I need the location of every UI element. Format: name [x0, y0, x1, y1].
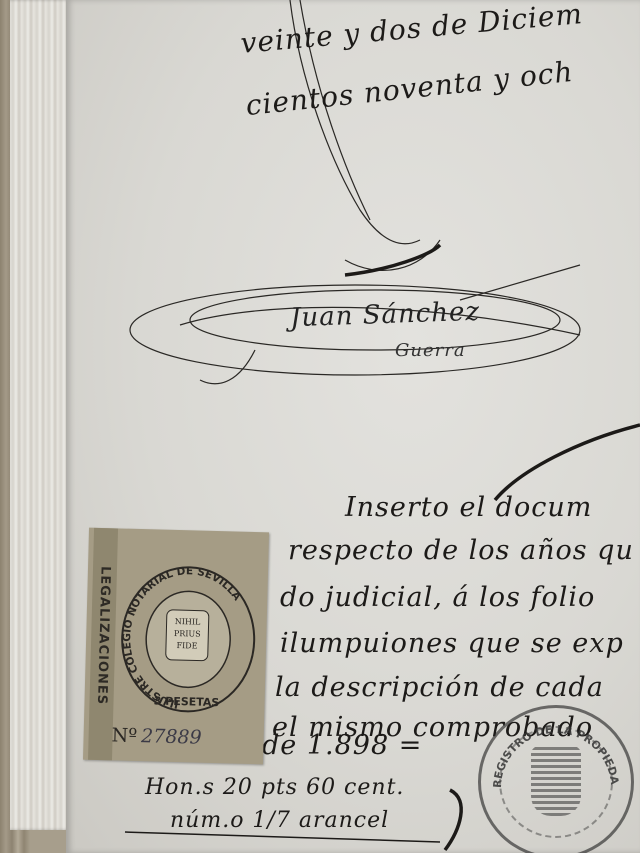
svg-text:FIDE: FIDE: [176, 641, 197, 651]
handwriting-line: ilumpuiones que se exp: [280, 628, 624, 659]
handwriting-line: respecto de los años qu: [288, 535, 634, 566]
registry-seal: REGISTRO DE LA PROPIEDAD: [478, 705, 634, 853]
notarial-stamp: LEGALIZACIONES NIHIL PRIUS FIDE ILUSTRE …: [83, 528, 269, 765]
fee-line: Hon.s 20 pts 60 cent.: [145, 775, 404, 800]
handwriting-date: de 1.898 =: [262, 730, 422, 761]
handwriting-line: do judicial, á los folio: [280, 582, 595, 613]
svg-text:NIHIL: NIHIL: [175, 617, 202, 627]
photo-background: veinte y dos de Diciem cientos noventa y…: [0, 0, 640, 853]
signature-subtitle: Guerra: [395, 340, 466, 361]
seal-crest: [531, 746, 581, 816]
svg-text:3 PESETAS: 3 PESETAS: [154, 694, 220, 709]
stamp-emblem: NIHIL PRIUS FIDE ILUSTRE COLEGIO NOTARIA…: [116, 561, 260, 719]
handwriting-line: Inserto el docum: [345, 492, 592, 523]
fee-line: núm.o 1/7 arancel: [170, 808, 389, 833]
svg-text:PRIUS: PRIUS: [174, 629, 201, 639]
stamp-serial-number: Nº27889: [111, 724, 202, 748]
handwriting-line: la descripción de cada: [275, 672, 604, 703]
bound-page-edges: [10, 0, 70, 830]
